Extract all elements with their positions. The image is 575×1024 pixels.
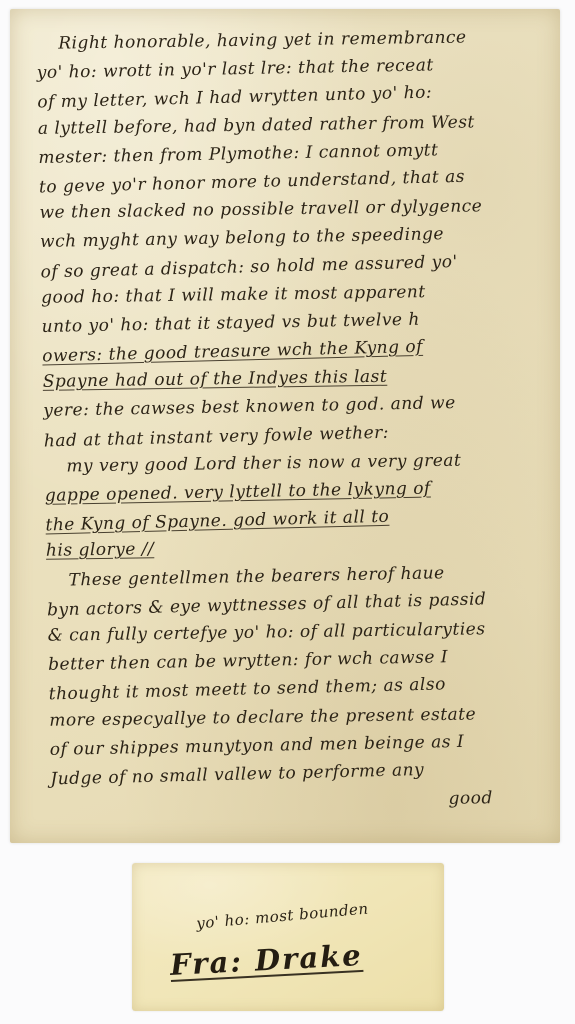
letter-page: Right honorable, having yet in remembran…	[10, 9, 560, 843]
signature-slip: yo' ho: most bounden Fra: Drake	[132, 863, 444, 1011]
catchword: good	[51, 783, 557, 819]
letter-body: Right honorable, having yet in remembran…	[36, 21, 557, 820]
signature: Fra: Drake	[169, 938, 363, 982]
closing-line: yo' ho: most bounden	[196, 900, 370, 933]
